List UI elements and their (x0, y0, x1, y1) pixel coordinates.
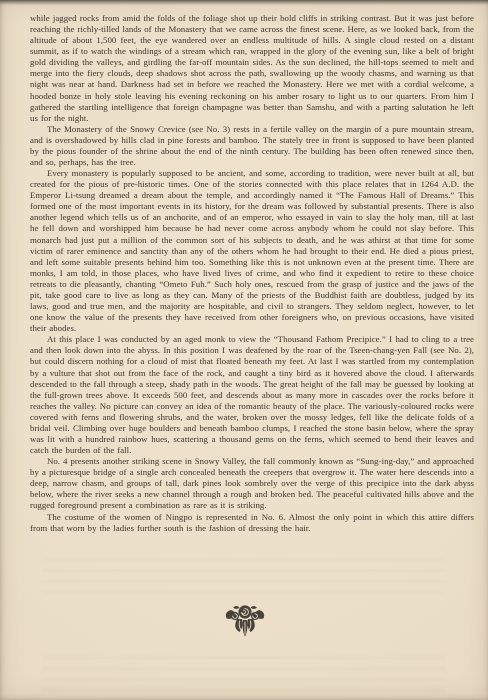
floral-tailpiece-icon (223, 604, 267, 638)
body-paragraph: The Monastery of the Snowy Crevice (see … (30, 124, 474, 168)
body-paragraph: Every monastery is popularly supposed to… (30, 168, 474, 334)
book-page: while jagged rocks from amid the folds o… (0, 0, 488, 700)
body-paragraph: No. 4 presents another striking scene in… (30, 456, 474, 511)
page-top-edge (0, 0, 488, 6)
page-showthrough (42, 558, 446, 602)
page-text-block: while jagged rocks from amid the folds o… (30, 13, 474, 534)
body-paragraph: The costume of the women of Ningpo is re… (30, 512, 474, 534)
body-paragraph: At this place I was conducted by an aged… (30, 334, 474, 456)
body-paragraph: while jagged rocks from amid the folds o… (30, 13, 474, 124)
page-showthrough (42, 656, 446, 696)
